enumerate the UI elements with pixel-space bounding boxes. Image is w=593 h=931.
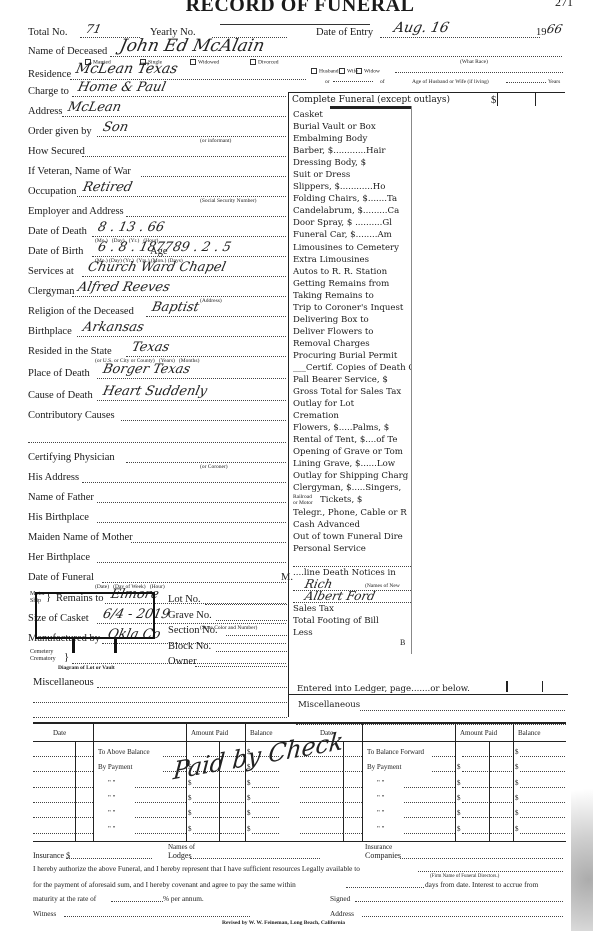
charge-item[interactable]: Lining Grave, $......Low — [293, 459, 411, 470]
cents-col-divider — [535, 92, 536, 106]
ledger-description: By Payment — [98, 763, 132, 771]
field-prefix: Cemetery — [30, 649, 53, 655]
dollar-sign: $ — [515, 779, 519, 787]
lot-diagram-leg-left — [72, 638, 75, 653]
field-label: Services at — [28, 266, 74, 278]
field-row: OccupationRetired(Social Security Number… — [0, 186, 290, 206]
charge-item[interactable]: Folding Chairs, $.......Ta — [293, 194, 411, 205]
ledger-header-amount-paid: Amount Paid — [191, 729, 228, 737]
left-misc-field[interactable] — [97, 678, 287, 688]
residence-value: McLean Texas — [74, 61, 179, 77]
lot-field-label: Lot No. — [168, 594, 201, 606]
spouse-widow[interactable]: Widow — [356, 68, 380, 74]
field-input[interactable] — [121, 411, 286, 421]
right-misc-field[interactable] — [360, 701, 565, 711]
checkbox-husband[interactable] — [311, 68, 317, 74]
signed-field[interactable] — [355, 894, 563, 902]
ledger-description-field[interactable] — [404, 810, 455, 818]
age-spouse-years: Years — [548, 79, 560, 85]
cents-field[interactable] — [490, 810, 512, 818]
ledger-description: To Balance Forward — [367, 748, 424, 756]
spouse-name-field[interactable] — [333, 76, 373, 82]
field-label: Certifying Physician — [28, 452, 115, 464]
charge-item[interactable]: Dressing Body, $ — [293, 158, 411, 169]
ledger-date-field-2[interactable] — [343, 780, 362, 788]
ledger-header-balance: Balance — [250, 729, 273, 737]
charge-item[interactable]: Telegr., Phone, Cable or R — [293, 508, 411, 519]
ledger-description-field[interactable] — [135, 810, 186, 818]
cents-field[interactable] — [490, 826, 512, 834]
charge-item[interactable]: Getting Remains from — [293, 279, 411, 290]
charge-item[interactable]: Deliver Flowers to — [293, 327, 411, 338]
balance-field[interactable] — [252, 780, 279, 788]
ledger-date-field[interactable] — [300, 795, 343, 803]
field-row: Cause of DeathHeart Suddenly — [0, 390, 290, 410]
field-input[interactable] — [82, 147, 286, 157]
ledger-date-field-2[interactable] — [75, 749, 93, 757]
charge-item[interactable]: Tickets, $ — [320, 495, 411, 506]
firm-name-field[interactable] — [418, 864, 563, 872]
charge-item[interactable]: Pall Bearer Service, $ — [293, 375, 411, 386]
ledger-date-field[interactable] — [300, 780, 343, 788]
charge-item[interactable]: Sales Tax — [293, 604, 411, 615]
field-label: Maiden Name of Mother — [28, 532, 133, 544]
ledger-date-field[interactable] — [33, 795, 75, 803]
what-race-caption: (What Race) — [460, 59, 488, 65]
field-label: Date of Funeral — [28, 572, 94, 584]
field-label: Employer and Address — [28, 206, 124, 218]
payment-text: for the payment of aforesaid sum, and I … — [33, 880, 296, 889]
charge-item[interactable]: Door Spray, $ ..........Gl — [293, 218, 411, 229]
ledger-row[interactable]: " "$$ — [300, 780, 566, 792]
balance-field[interactable] — [520, 780, 565, 788]
names-of-newspapers-caption: (Names of New — [365, 583, 400, 589]
field-label: Place of Death — [28, 368, 90, 380]
amount-paid-field[interactable] — [462, 749, 488, 757]
total-no-label: Total No. — [28, 27, 68, 39]
age-spouse-label: Age of Husband or Wife (if living) — [412, 79, 489, 85]
charge-item[interactable]: Total Footing of Bill — [293, 616, 411, 627]
lodges-field[interactable] — [190, 851, 320, 859]
field-row: Maiden Name of Mother — [0, 532, 290, 552]
field-input[interactable] — [97, 553, 286, 563]
spouse-husband[interactable]: Husband — [311, 68, 339, 74]
days-field[interactable] — [346, 880, 424, 888]
maturity-label: maturity at the rate of — [33, 894, 96, 903]
ledger-description: " " — [108, 825, 115, 833]
charge-item[interactable]: Extra Limousines — [293, 255, 411, 266]
insurance-field[interactable] — [66, 851, 152, 859]
field-caption: (or Coroner) — [200, 464, 228, 470]
checkbox-wife[interactable] — [339, 68, 345, 74]
field-row: Contributory Causes — [0, 410, 290, 430]
field-label: His Address — [28, 472, 79, 484]
charge-item[interactable]: Trip to Coroner's Inquest — [293, 303, 411, 314]
spouse-detail-field[interactable] — [395, 67, 563, 73]
ledger-date-field[interactable] — [33, 749, 75, 757]
field-row: Her Birthplace — [0, 552, 290, 572]
right-misc-label: Miscellaneous — [298, 700, 360, 711]
charge-item[interactable]: Gross Total for Sales Tax — [293, 387, 411, 398]
field-label: Order given by — [28, 126, 92, 138]
field-row: Certifying Physician(or Coroner) — [0, 452, 290, 472]
charge-item[interactable]: Outlay for Lot — [293, 399, 411, 410]
ledger-date-field[interactable] — [33, 780, 75, 788]
field-value: Heart Suddenly — [101, 384, 208, 399]
field-row: Charge toHome & Paul — [0, 86, 290, 106]
ledger-tick-1 — [506, 681, 508, 692]
ledger-top-rule — [33, 722, 566, 724]
amount-paid-field[interactable] — [462, 810, 488, 818]
total-no-value: 71 — [85, 22, 103, 36]
lot-field-input[interactable] — [216, 642, 287, 652]
lodges-label-top: Names of — [168, 843, 195, 851]
ledger-date-field-2[interactable] — [75, 780, 93, 788]
ledger-date-field[interactable] — [300, 764, 343, 772]
charge-item[interactable]: Autos to R. R. Station — [293, 267, 411, 278]
dollar-sign: $ — [247, 794, 251, 802]
checkbox-divorced[interactable] — [250, 59, 256, 65]
cents-field[interactable] — [490, 749, 512, 757]
field-input[interactable] — [82, 473, 286, 483]
charges-panel-left-border — [288, 92, 289, 717]
charge-item[interactable]: Delivering Box to — [293, 315, 411, 326]
field-label: Contributory Causes — [28, 410, 115, 422]
lot-field-input[interactable] — [195, 657, 288, 667]
dollar-sign: $ — [247, 809, 251, 817]
ledger-header-balance: Balance — [518, 729, 541, 737]
checkbox-widowed[interactable] — [190, 59, 196, 65]
dollar-sign: $ — [515, 748, 519, 756]
charge-item[interactable]: Opening of Grave or Tom — [293, 447, 411, 458]
field-row: Name of Father — [0, 492, 290, 512]
charge-item[interactable]: ___Certif. Copies of Death C — [293, 363, 411, 374]
field-label: Resided in the State — [28, 346, 112, 358]
charge-item[interactable]: Cremation — [293, 411, 411, 422]
interest-rate-field[interactable] — [111, 894, 163, 902]
dollar-sign: $ — [457, 763, 461, 771]
charge-item[interactable]: Removal Charges — [293, 339, 411, 350]
paper-overlay — [412, 106, 593, 706]
balance-field[interactable] — [252, 795, 279, 803]
field-row: If Veteran, Name of War — [0, 166, 290, 186]
ledger-description: By Payment — [367, 763, 401, 771]
checkbox-widow[interactable] — [356, 68, 362, 74]
ledger-date-field-2[interactable] — [75, 810, 93, 818]
amount-paid-field[interactable] — [193, 810, 218, 818]
field-value: Arkansas — [81, 320, 145, 335]
witness-field[interactable] — [64, 909, 250, 917]
lot-diagram-caption: Diagram of Lot or Vault — [58, 665, 115, 671]
per-annum-label: % per annum. — [163, 894, 204, 903]
cents-field[interactable] — [490, 780, 512, 788]
form-title: RECORD OF FUNERAL — [170, 0, 430, 17]
dollar-sign: $ — [515, 825, 519, 833]
charge-item[interactable]: Cash Advanced — [293, 520, 411, 531]
ledger-row[interactable]: " "$$ — [33, 826, 280, 838]
balance-field[interactable] — [252, 826, 279, 834]
field-input[interactable] — [102, 573, 287, 583]
cents-field[interactable] — [490, 795, 512, 803]
ledger-row[interactable]: " "$$ — [33, 795, 280, 807]
charge-item[interactable]: Taking Remains to — [293, 291, 411, 302]
ledger-date-field-2[interactable] — [343, 810, 362, 818]
field-value: Son — [101, 120, 129, 135]
lot-diagram-box[interactable] — [35, 592, 155, 639]
field-input[interactable] — [126, 207, 286, 217]
field-value: Retired — [81, 180, 133, 195]
dollar-sign: $ — [188, 794, 192, 802]
field-input[interactable] — [97, 493, 286, 503]
left-misc-field-3[interactable] — [33, 708, 287, 718]
dollar-sign: $ — [457, 825, 461, 833]
ledger-row[interactable]: " "$$ — [33, 780, 280, 792]
interest-text: days from date. Interest to accrue from — [425, 880, 538, 889]
ledger-description: " " — [108, 794, 115, 802]
field-value: Baptist — [150, 300, 200, 315]
dollar-sign: $ — [515, 809, 519, 817]
charge-item[interactable]: Limousines to Cemetery — [293, 243, 411, 254]
marital-divorced[interactable]: Divorced — [250, 59, 278, 65]
left-misc-label: Miscellaneous — [33, 677, 94, 689]
address-label: Address — [330, 909, 354, 918]
field-input[interactable] — [131, 533, 286, 543]
marital-widowed[interactable]: Widowed — [190, 59, 219, 65]
charge-item[interactable]: Out of town Funeral Dire — [293, 532, 411, 543]
ledger-date-field[interactable] — [33, 810, 75, 818]
field-label: Religion of the Deceased — [28, 306, 134, 318]
charge-item[interactable]: Flowers, $.....Palms, $ — [293, 423, 411, 434]
charge-item[interactable]: Embalming Body — [293, 134, 411, 145]
amount-paid-field[interactable] — [462, 780, 488, 788]
field-value: Texas — [130, 340, 170, 355]
charge-item[interactable]: Casket — [293, 110, 411, 121]
ledger-date-field-2[interactable] — [343, 764, 362, 772]
ledger-date-field-2[interactable] — [343, 826, 362, 834]
amount-paid-field[interactable] — [462, 826, 488, 834]
charge-item[interactable]: Suit or Dress — [293, 170, 411, 181]
charge-item[interactable]: Burial Vault or Box — [293, 122, 411, 133]
dollar-sign: $ — [188, 825, 192, 833]
cents-field[interactable] — [220, 780, 244, 788]
field-caption: (Social Security Number) — [200, 198, 257, 204]
field-label: Address — [28, 106, 62, 118]
field-label: If Veteran, Name of War — [28, 166, 131, 178]
field-row: ClergymanAlfred Reeves(Address) — [0, 286, 290, 306]
ledger-row[interactable]: " "$$ — [33, 810, 280, 822]
field-value: McLean — [67, 100, 123, 115]
lot-field-input[interactable] — [205, 595, 287, 605]
field-row: How Secured — [0, 146, 290, 166]
field-value: 8 . 13 . 66 — [96, 220, 165, 235]
cents-field[interactable] — [490, 764, 512, 772]
field-label: Date of Birth — [28, 246, 83, 258]
ledger-date-field-2[interactable] — [75, 795, 93, 803]
amount-paid-field[interactable] — [462, 795, 488, 803]
cents-field[interactable] — [220, 810, 244, 818]
field-label: Birthplace — [28, 326, 72, 338]
ledger-description: " " — [377, 779, 384, 787]
amount-col-divider — [497, 92, 498, 106]
overlay-edge — [411, 106, 412, 654]
field-row — [0, 432, 290, 452]
field-value: Church Ward Chapel — [86, 260, 227, 275]
charge-item[interactable]: Funeral Car, $........Am — [293, 230, 411, 241]
field-value: Home & Paul — [76, 80, 167, 95]
field-label: Charge to — [28, 86, 69, 98]
charge-item[interactable]: Barber, $............Hair — [293, 146, 411, 157]
insurance-companies-field[interactable] — [400, 851, 563, 859]
lot-field-label: Block No. — [168, 641, 211, 653]
field-input[interactable] — [141, 167, 286, 177]
field-value: Alfred Reeves — [76, 280, 171, 295]
field-suffix: M. — [281, 572, 293, 584]
field-label: Her Birthplace — [28, 552, 90, 564]
age-spouse-field[interactable] — [506, 77, 546, 83]
age-value: 89 . 2 . 5 — [171, 240, 232, 255]
ledger-description-field[interactable] — [404, 826, 455, 834]
lot-diagram-leg-right — [114, 638, 117, 653]
dollar-sign: $ — [247, 779, 251, 787]
ledger-bottom-rule — [33, 841, 566, 842]
ledger-date-field-2[interactable] — [343, 749, 362, 757]
charge-item[interactable]: Rental of Tent, $....of Te — [293, 435, 411, 446]
amount-paid-field[interactable] — [193, 795, 218, 803]
ledger-description: " " — [108, 809, 115, 817]
ledger-date-field-2[interactable] — [75, 764, 93, 772]
ledger-row[interactable]: " "$$ — [300, 810, 566, 822]
ledger-entry-rule — [288, 694, 568, 695]
ledger-description: " " — [377, 809, 384, 817]
ledger-header-amount-paid: Amount Paid — [460, 729, 497, 737]
field-caption: (or informant) — [200, 138, 231, 144]
cents-field[interactable] — [220, 795, 244, 803]
field-row: Order given bySon(or informant) — [0, 126, 290, 146]
blank-charge-line[interactable] — [293, 557, 411, 567]
field-label: How Secured — [28, 146, 85, 158]
date-of-entry-label: Date of Entry — [316, 27, 373, 39]
ledger-description-field[interactable] — [135, 826, 186, 834]
ledger-row[interactable]: By Payment$$ — [300, 764, 566, 776]
ledger-date-field-2[interactable] — [75, 826, 93, 834]
residence-label: Residence — [28, 69, 71, 81]
charge-item[interactable]: Personal Service — [293, 544, 411, 555]
brace: } — [64, 652, 69, 664]
field-label: Name of Father — [28, 492, 94, 504]
field-input[interactable] — [97, 513, 286, 523]
field-caption: (Address) — [200, 298, 222, 304]
authorize-text: I hereby authorize the above Funeral, an… — [33, 864, 360, 873]
left-misc-field-2[interactable] — [33, 693, 287, 703]
ledger-date-field[interactable] — [300, 810, 343, 818]
field-prefix: Crematory — [30, 656, 56, 662]
dollar-sign: $ — [457, 779, 461, 787]
ledger-description-field[interactable] — [404, 795, 455, 803]
ledger-date-field[interactable] — [33, 764, 75, 772]
balance-field[interactable] — [252, 810, 279, 818]
lodges-label: Lodges — [168, 851, 192, 860]
death-notice-newspaper: Albert Ford — [304, 589, 425, 603]
address-field[interactable] — [362, 909, 563, 917]
ledger-description-field[interactable] — [404, 780, 455, 788]
balance-short: B — [400, 638, 405, 647]
field-label: Cause of Death — [28, 390, 93, 402]
dollar-sign: $ — [515, 763, 519, 771]
ledger-tick-2 — [542, 681, 543, 692]
amount-paid-field[interactable] — [193, 826, 218, 834]
ledger-description: " " — [377, 825, 384, 833]
date-of-entry-year: 66 — [546, 22, 564, 36]
ledger-date-field[interactable] — [300, 826, 343, 834]
name-of-deceased-label: Name of Deceased — [28, 46, 107, 58]
ledger-description-field[interactable] — [432, 764, 455, 772]
ledger-header-date: Date — [53, 729, 66, 737]
field-input[interactable] — [28, 433, 286, 443]
lot-field-input[interactable] — [226, 626, 287, 636]
amount-paid-field[interactable] — [462, 764, 488, 772]
lot-field-input[interactable] — [216, 611, 287, 621]
charge-item[interactable]: Less — [293, 628, 411, 639]
ledger-description-field[interactable] — [135, 795, 186, 803]
field-label: Clergyman — [28, 286, 74, 298]
balance-field[interactable] — [520, 795, 565, 803]
charge-item[interactable]: Candelabrum, $.........Ca — [293, 206, 411, 217]
charge-item[interactable]: Clergyman, $.....Singers, — [293, 483, 411, 494]
dollar-sign: $ — [515, 794, 519, 802]
ledger-date-field-2[interactable] — [343, 795, 362, 803]
ledger-description-field[interactable] — [432, 749, 455, 757]
balance-field[interactable] — [520, 749, 565, 757]
charge-item[interactable]: Outlay for Shipping Charg — [293, 471, 411, 482]
ledger-row[interactable]: " "$$ — [300, 795, 566, 807]
field-value: Borger Texas — [101, 362, 191, 377]
field-row: Religion of the DeceasedBaptist — [0, 306, 290, 326]
lot-field-label: Owner — [168, 656, 197, 668]
spouse-or: or — [325, 79, 330, 85]
ledger-description: " " — [108, 779, 115, 787]
title-underline — [220, 24, 370, 25]
field-row: AddressMcLean — [0, 106, 290, 126]
balance-field[interactable] — [520, 764, 565, 772]
field-label: His Birthplace — [28, 512, 89, 524]
lot-field-label: Section No. — [168, 625, 218, 637]
dollar-sign: $ — [188, 809, 192, 817]
dollar-sign: $ — [457, 794, 461, 802]
balance-field[interactable] — [520, 826, 565, 834]
or-motor-label: or Motor — [293, 500, 313, 506]
witness-label: Witness — [33, 909, 56, 918]
ledger-row[interactable]: " "$$ — [300, 826, 566, 838]
field-row: His Birthplace — [0, 512, 290, 532]
dollar-sign: $ — [457, 809, 461, 817]
charges-panel-top-border — [288, 92, 565, 93]
field-input[interactable] — [126, 453, 286, 463]
scan-edge-shadow — [571, 760, 593, 931]
date-of-entry-year-prefix: 19 — [536, 27, 547, 39]
signed-label: Signed — [330, 894, 350, 903]
revised-by-credit: Revised by W. W. Feineman, Long Beach, C… — [222, 920, 345, 926]
charge-item[interactable]: Procuring Burial Permit — [293, 351, 411, 362]
charge-item[interactable]: Slippers, $............Ho — [293, 182, 411, 193]
date-of-entry-value: Aug. 16 — [392, 20, 450, 36]
cents-field[interactable] — [220, 826, 244, 834]
balance-field[interactable] — [520, 810, 565, 818]
firm-name-caption: (Firm Name of Funeral Directors.) — [430, 874, 499, 879]
page-number: 271 — [555, 0, 573, 10]
ledger-date-field[interactable] — [33, 826, 75, 834]
field-row: His Address — [0, 472, 290, 492]
spouse-wife[interactable]: Wife — [339, 68, 358, 74]
